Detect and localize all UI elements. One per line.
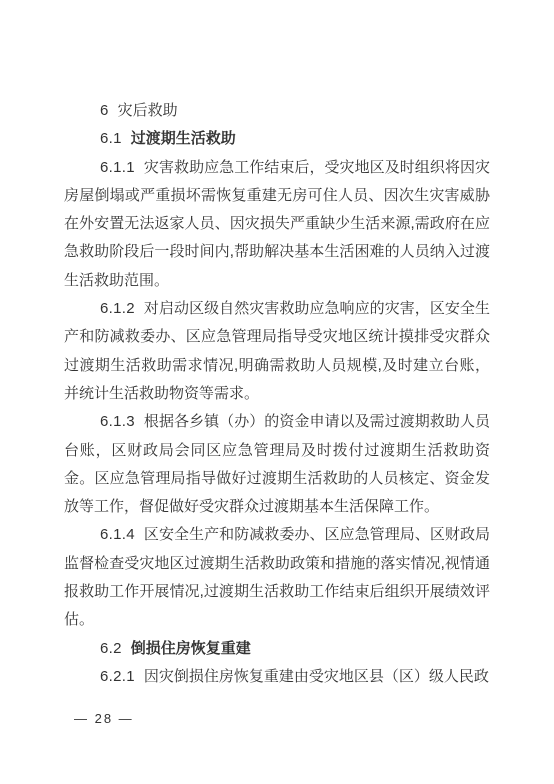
paragraph-6-1-4: 6.1.4区安全生产和防减救委办、区应急管理局、区财政局监督检查受灾地区过渡期生…	[64, 521, 490, 634]
paragraph-number: 6.1.1	[100, 159, 135, 176]
document-body: 6灾后救助 6.1过渡期生活救助 6.1.1灾害救助应急工作结束后，受灾地区及时…	[64, 97, 490, 691]
heading-number: 6	[100, 102, 109, 119]
page-number: — 28 —	[74, 711, 134, 727]
paragraph-6-1-2: 6.1.2对启动区级自然灾害救助应急响应的灾害，区安全生产和防减救委办、区应急管…	[64, 295, 490, 408]
section-heading-6: 6灾后救助	[64, 97, 490, 125]
heading-title: 灾后救助	[118, 102, 178, 119]
paragraph-number: 6.1.3	[100, 413, 135, 430]
document-page: 6灾后救助 6.1过渡期生活救助 6.1.1灾害救助应急工作结束后，受灾地区及时…	[0, 0, 554, 784]
paragraph-number: 6.1.4	[100, 526, 135, 543]
paragraph-text: 因灾倒损住房恢复重建由受灾地区县（区）级人民政	[144, 668, 489, 685]
paragraph-6-1-1: 6.1.1灾害救助应急工作结束后，受灾地区及时组织将因灾房屋倒塌或严重损坏需恢复…	[64, 154, 490, 295]
paragraph-text: 灾害救助应急工作结束后，受灾地区及时组织将因灾房屋倒塌或严重损坏需恢复重建无房可…	[64, 159, 490, 289]
paragraph-number: 6.1.2	[100, 300, 135, 317]
section-heading-6-2: 6.2倒损住房恢复重建	[64, 635, 490, 663]
paragraph-6-2-1: 6.2.1因灾倒损住房恢复重建由受灾地区县（区）级人民政	[64, 663, 490, 691]
heading-number: 6.1	[100, 130, 122, 147]
heading-title: 倒损住房恢复重建	[131, 640, 251, 657]
section-heading-6-1: 6.1过渡期生活救助	[64, 125, 490, 153]
heading-title: 过渡期生活救助	[131, 130, 236, 147]
paragraph-number: 6.2.1	[100, 668, 135, 685]
paragraph-6-1-3: 6.1.3根据各乡镇（办）的资金申请以及需过渡期救助人员台账，区财政局会同区应急…	[64, 408, 490, 521]
heading-number: 6.2	[100, 640, 122, 657]
